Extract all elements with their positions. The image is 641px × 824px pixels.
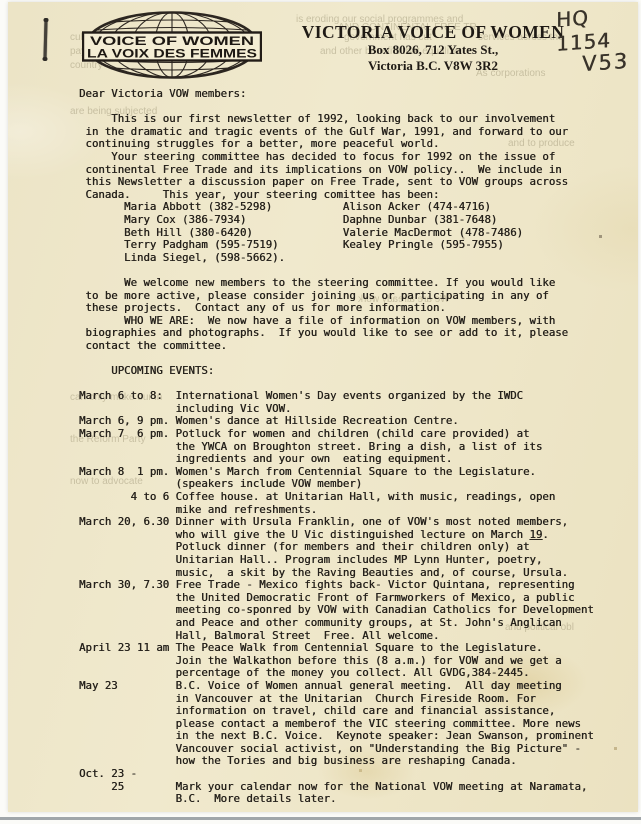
- letter-body: Dear Victoria VOW members: This is our f…: [79, 88, 619, 806]
- scanned-page: is eroding our social programmes andAND …: [0, 0, 641, 824]
- logo-text-fr: LA VOIX DES FEMMES: [87, 47, 257, 61]
- call-number: HQ 1154 V53: [556, 2, 638, 78]
- letter-line: in the next B.C. Voice. Keynote speaker:…: [79, 730, 619, 743]
- letter-line: Terry Padgham (595-7519) Kealey Pringle …: [79, 239, 619, 252]
- call-number-class: HQ 1154: [556, 2, 638, 56]
- letter-line: This is our first newsletter of 1992, lo…: [79, 113, 619, 126]
- scan-specks: [8, 2, 9, 3]
- letter-line: March 6 to 8: International Women's Day …: [79, 390, 619, 403]
- letter-line: contact the committee.: [79, 340, 619, 353]
- masthead: VICTORIA VOICE OF WOMEN Box 8026, 712 Ya…: [298, 22, 568, 73]
- letter-line: May 23 B.C. Voice of Women annual genera…: [79, 680, 619, 693]
- org-name: VICTORIA VOICE OF WOMEN: [298, 22, 568, 42]
- letter-line: March 7 6 pm. Potluck for women and chil…: [79, 428, 619, 441]
- letter-line: April 23 11 am The Peace Walk from Cente…: [79, 642, 619, 655]
- letter-line: ingredients and your own eating equipmen…: [79, 453, 619, 466]
- letter-line: information on travel, child care and fi…: [79, 705, 619, 718]
- address-line-2: Victoria B.C. V8W 3R2: [298, 58, 568, 74]
- staple: [43, 19, 47, 60]
- letter-line: UPCOMING EVENTS:: [79, 365, 619, 378]
- letter-line: Linda Siegel, (598-5662).: [79, 252, 619, 265]
- scanner-edge-line: [0, 817, 641, 820]
- letter-line: Unitarian Hall.. Program includes MP Lyn…: [79, 554, 619, 567]
- letter-line: We welcome new members to the steering c…: [79, 277, 619, 290]
- letter-line: and Peace and other community groups, at…: [79, 617, 619, 630]
- letter-line: Dear Victoria VOW members:: [79, 88, 619, 101]
- letter-line: 4 to 6 Coffee house. at Unitarian Hall, …: [79, 491, 619, 504]
- newsletter-page: is eroding our social programmes andAND …: [8, 2, 638, 812]
- letter-line: Your steering committee has decided to f…: [79, 151, 619, 164]
- letter-line: how the Tories and big business are resh…: [79, 755, 619, 768]
- letter-line: B.C. More details later.: [79, 793, 619, 806]
- call-number-cutter: V53: [582, 48, 638, 76]
- letter-line: Oct. 23 -: [79, 768, 619, 781]
- address-line-1: Box 8026, 712 Yates St.,: [298, 42, 568, 58]
- letter-line: Mary Cox (386-7934) Daphne Dunbar (381-7…: [79, 214, 619, 227]
- vow-globe-logo: VOICE OF WOMEN LA VOIX DES FEMMES: [82, 10, 262, 80]
- letter-line: these projects. Contact any of us for mo…: [79, 302, 619, 315]
- letter-line: March 30, 7.30 Free Trade - Mexico fight…: [79, 579, 619, 592]
- letter-line: this Newsletter a discussion paper on Fr…: [79, 176, 619, 189]
- logo-banner: VOICE OF WOMEN LA VOIX DES FEMMES: [83, 33, 261, 61]
- letter-line: biographies and photographs. If you woul…: [79, 327, 619, 340]
